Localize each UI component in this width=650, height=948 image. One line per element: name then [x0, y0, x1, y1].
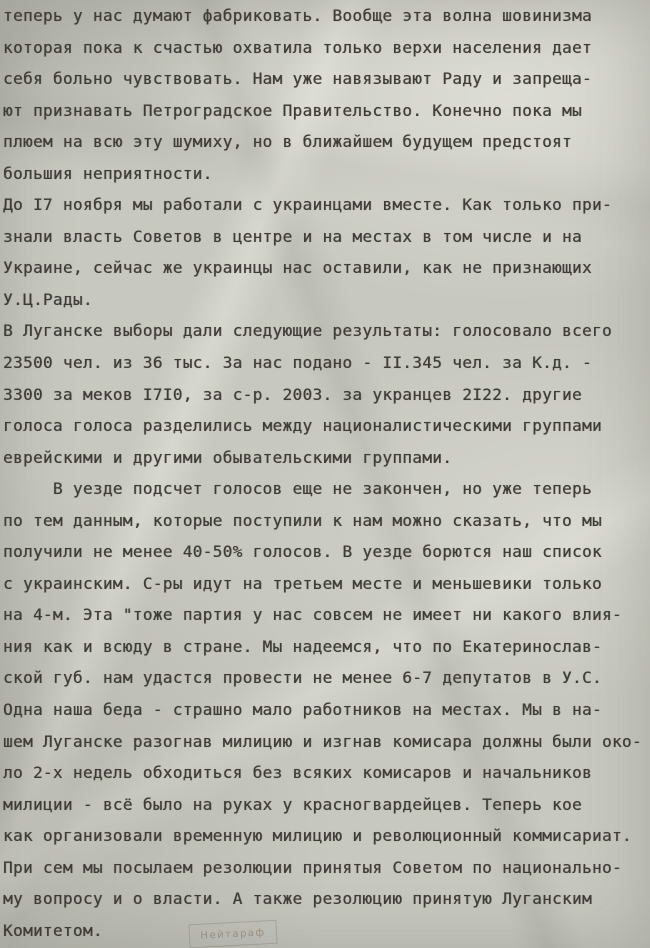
- text-line: ния как и всюду в стране. Мы надеемся, ч…: [3, 631, 650, 663]
- text-line: еврейскими и другими обывательскими груп…: [3, 442, 650, 474]
- text-line: милиции - всё было на руках у красногвар…: [3, 789, 650, 821]
- text-line: по тем данным, которые поступили к нам м…: [3, 505, 650, 537]
- text-line: 23500 чел. из 36 тыс. За нас подано - II…: [3, 347, 650, 379]
- text-line: шем Луганске разогнав милицию и изгнав к…: [3, 726, 650, 758]
- text-line: При сем мы посылаем резолюции принятыя С…: [3, 852, 650, 884]
- text-line: Украине, сейчас же украинцы нас оставили…: [3, 252, 650, 284]
- archive-stamp-text: Нейтараф: [200, 927, 266, 941]
- text-line: голоса голоса разделились между национал…: [3, 410, 650, 442]
- document-page: теперь у нас думают фабриковать. Вообще …: [0, 0, 650, 948]
- text-line: В Луганске выборы дали следующие результ…: [3, 315, 650, 347]
- text-line: 3300 за меков I7I0, за с-р. 2003. за укр…: [3, 379, 650, 411]
- text-line: Одна наша беда - страшно мало работников…: [3, 694, 650, 726]
- text-line: плюем на всю эту шумиху, но в ближайшем …: [3, 126, 650, 158]
- text-line: себя больно чувствовать. Нам уже навязыв…: [3, 63, 650, 95]
- text-line: Комитетом.: [3, 915, 650, 947]
- archive-stamp: Нейтараф: [188, 920, 277, 948]
- text-line: теперь у нас думают фабриковать. Вообще …: [3, 0, 650, 32]
- text-line: знали власть Советов в центре и на места…: [3, 221, 650, 253]
- text-line: У.Ц.Рады.: [3, 284, 650, 316]
- text-line: как организовали временную милицию и рев…: [3, 820, 650, 852]
- text-line: с украинским. С-ры идут на третьем месте…: [3, 568, 650, 600]
- text-line: на 4-м. Эта "тоже партия у нас совсем не…: [3, 599, 650, 631]
- text-line: большия неприятности.: [3, 158, 650, 190]
- text-line: му вопросу и о власти. А также резолюцию…: [3, 883, 650, 915]
- typewritten-text: теперь у нас думают фабриковать. Вообще …: [3, 0, 650, 946]
- text-line: ской губ. нам удастся провести не менее …: [3, 662, 650, 694]
- text-line: В уезде подсчет голосов еще не закончен,…: [3, 473, 650, 505]
- text-line: ло 2-х недель обходиться без всяких коми…: [3, 757, 650, 789]
- text-line: До I7 ноября мы работали с украинцами вм…: [3, 189, 650, 221]
- text-line: получили не менее 40-50% голосов. В уезд…: [3, 536, 650, 568]
- text-line: которая пока к счастью охватила только в…: [3, 32, 650, 64]
- text-line: ют признавать Петроградское Правительств…: [3, 95, 650, 127]
